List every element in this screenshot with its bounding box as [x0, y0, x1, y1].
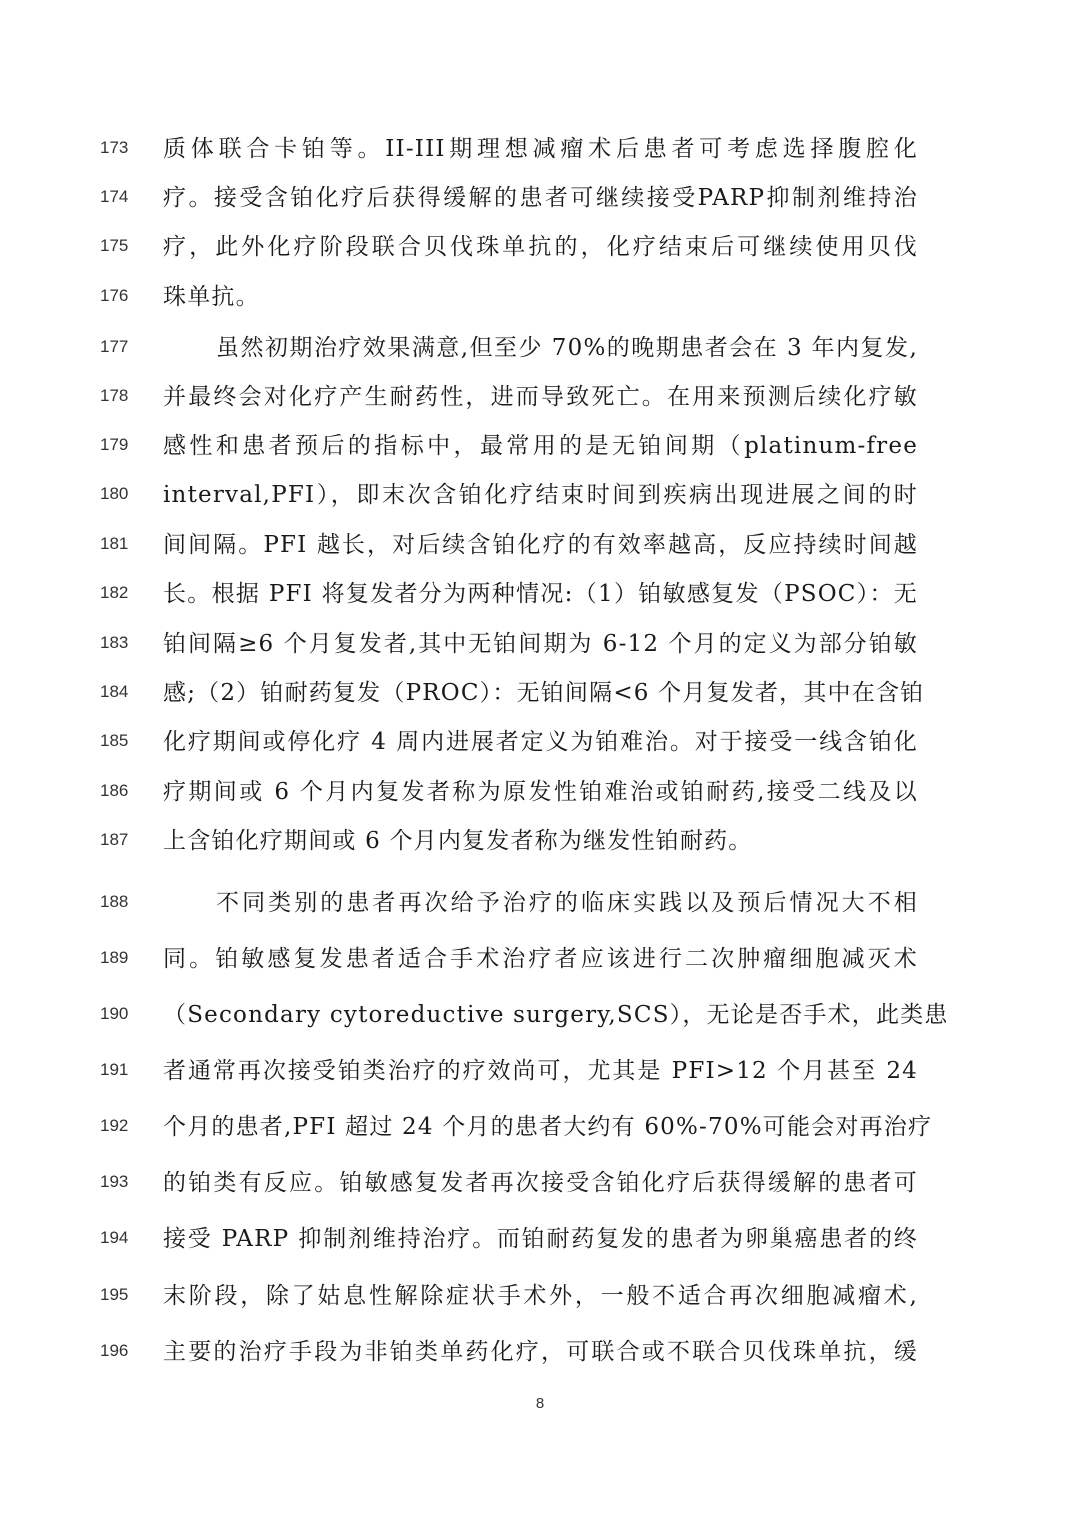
- line-number: 184: [100, 682, 140, 702]
- text-line: 187上含铂化疗期间或 6 个月内复发者称为继发性铂耐药。: [0, 820, 1080, 860]
- line-text: 间间隔。PFI 越长，对后续含铂化疗的有效率越高，反应持续时间越: [163, 526, 918, 559]
- text-line: 179感性和患者预后的指标中，最常用的是无铂间期（platinum-free: [0, 425, 1080, 465]
- text-line: 184感;（2）铂耐药复发（PROC）：无铂间隔<6 个月复发者，其中在含铂: [0, 672, 1080, 712]
- line-number: 187: [100, 830, 140, 850]
- line-text: 疗。接受含铂化疗后获得缓解的患者可继续接受PARP抑制剂维持治: [163, 179, 918, 212]
- line-text: 末阶段，除了姑息性解除症状手术外，一般不适合再次细胞减瘤术,: [163, 1277, 918, 1310]
- text-line: 177虽然初期治疗效果满意,但至少 70%的晚期患者会在 3 年内复发,: [0, 327, 1080, 367]
- line-number: 195: [100, 1285, 140, 1305]
- text-line: 190（Secondary cytoreductive surgery,SCS）…: [0, 994, 1080, 1034]
- text-line: 196主要的治疗手段为非铂类单药化疗，可联合或不联合贝伐珠单抗，缓: [0, 1331, 1080, 1371]
- line-number: 176: [100, 286, 140, 306]
- text-line: 180interval,PFI），即末次含铂化疗结束时间到疾病出现进展之间的时: [0, 474, 1080, 514]
- line-number: 190: [100, 1004, 140, 1024]
- line-number: 178: [100, 386, 140, 406]
- line-text: 不同类别的患者再次给予治疗的临床实践以及预后情况大不相: [216, 884, 918, 917]
- line-number: 177: [100, 337, 140, 357]
- line-number: 185: [100, 731, 140, 751]
- line-text: 感性和患者预后的指标中，最常用的是无铂间期（platinum-free: [163, 427, 918, 460]
- line-number: 182: [100, 583, 140, 603]
- line-text: 上含铂化疗期间或 6 个月内复发者称为继发性铂耐药。: [163, 822, 918, 855]
- line-text: 个月的患者,PFI 超过 24 个月的患者大约有 60%-70%可能会对再治疗: [163, 1108, 918, 1141]
- text-line: 194接受 PARP 抑制剂维持治疗。而铂耐药复发的患者为卵巢癌患者的终: [0, 1218, 1080, 1258]
- text-line: 176珠单抗。: [0, 276, 1080, 316]
- text-line: 186疗期间或 6 个月内复发者称为原发性铂难治或铂耐药,接受二线及以: [0, 771, 1080, 811]
- line-text: 并最终会对化疗产生耐药性，进而导致死亡。在用来预测后续化疗敏: [163, 378, 918, 411]
- line-number: 173: [100, 138, 140, 158]
- line-number: 194: [100, 1228, 140, 1248]
- line-text: 化疗期间或停化疗 4 周内进展者定义为铂难治。对于接受一线含铂化: [163, 723, 918, 756]
- line-number: 186: [100, 781, 140, 801]
- line-text: 铂间隔≥6 个月复发者,其中无铂间期为 6-12 个月的定义为部分铂敏: [163, 625, 918, 658]
- line-text: 的铂类有反应。铂敏感复发者再次接受含铂化疗后获得缓解的患者可: [163, 1164, 918, 1197]
- line-number: 183: [100, 633, 140, 653]
- line-number: 180: [100, 484, 140, 504]
- line-number: 189: [100, 948, 140, 968]
- line-text: 感;（2）铂耐药复发（PROC）：无铂间隔<6 个月复发者，其中在含铂: [163, 674, 918, 707]
- line-text: 同。铂敏感复发患者适合手术治疗者应该进行二次肿瘤细胞减灭术: [163, 940, 918, 973]
- text-line: 178并最终会对化疗产生耐药性，进而导致死亡。在用来预测后续化疗敏: [0, 376, 1080, 416]
- line-text: 主要的治疗手段为非铂类单药化疗，可联合或不联合贝伐珠单抗，缓: [163, 1333, 918, 1366]
- line-text: interval,PFI），即末次含铂化疗结束时间到疾病出现进展之间的时: [163, 476, 918, 509]
- line-text: 长。根据 PFI 将复发者分为两种情况:（1）铂敏感复发（PSOC）：无: [163, 575, 918, 608]
- text-line: 181间间隔。PFI 越长，对后续含铂化疗的有效率越高，反应持续时间越: [0, 524, 1080, 564]
- line-number: 179: [100, 435, 140, 455]
- text-line: 174疗。接受含铂化疗后获得缓解的患者可继续接受PARP抑制剂维持治: [0, 177, 1080, 217]
- line-number: 181: [100, 534, 140, 554]
- text-line: 183铂间隔≥6 个月复发者,其中无铂间期为 6-12 个月的定义为部分铂敏: [0, 623, 1080, 663]
- text-line: 192个月的患者,PFI 超过 24 个月的患者大约有 60%-70%可能会对再…: [0, 1106, 1080, 1146]
- line-number: 192: [100, 1116, 140, 1136]
- text-line: 189同。铂敏感复发患者适合手术治疗者应该进行二次肿瘤细胞减灭术: [0, 938, 1080, 978]
- line-text: 珠单抗。: [163, 278, 918, 311]
- line-text: 虽然初期治疗效果满意,但至少 70%的晚期患者会在 3 年内复发,: [216, 329, 918, 362]
- line-number: 196: [100, 1341, 140, 1361]
- line-text: 疗，此外化疗阶段联合贝伐珠单抗的，化疗结束后可继续使用贝伐: [163, 228, 918, 261]
- line-number: 191: [100, 1060, 140, 1080]
- line-number: 193: [100, 1172, 140, 1192]
- line-number: 174: [100, 187, 140, 207]
- text-line: 185化疗期间或停化疗 4 周内进展者定义为铂难治。对于接受一线含铂化: [0, 721, 1080, 761]
- text-line: 191者通常再次接受铂类治疗的疗效尚可，尤其是 PFI>12 个月甚至 24: [0, 1050, 1080, 1090]
- text-line: 193的铂类有反应。铂敏感复发者再次接受含铂化疗后获得缓解的患者可: [0, 1162, 1080, 1202]
- line-text: 疗期间或 6 个月内复发者称为原发性铂难治或铂耐药,接受二线及以: [163, 773, 918, 806]
- line-text: 质体联合卡铂等。II-III期理想减瘤术后患者可考虑选择腹腔化: [163, 130, 918, 163]
- page-number: 8: [530, 1395, 550, 1412]
- line-number: 188: [100, 892, 140, 912]
- line-text: （Secondary cytoreductive surgery,SCS），无论…: [163, 996, 918, 1029]
- text-line: 182长。根据 PFI 将复发者分为两种情况:（1）铂敏感复发（PSOC）：无: [0, 573, 1080, 613]
- line-text: 接受 PARP 抑制剂维持治疗。而铂耐药复发的患者为卵巢癌患者的终: [163, 1220, 918, 1253]
- document-page: 173质体联合卡铂等。II-III期理想减瘤术后患者可考虑选择腹腔化 174疗。…: [0, 0, 1080, 1527]
- text-line: 195末阶段，除了姑息性解除症状手术外，一般不适合再次细胞减瘤术,: [0, 1275, 1080, 1315]
- text-line: 173质体联合卡铂等。II-III期理想减瘤术后患者可考虑选择腹腔化: [0, 128, 1080, 168]
- line-text: 者通常再次接受铂类治疗的疗效尚可，尤其是 PFI>12 个月甚至 24: [163, 1052, 918, 1085]
- text-line: 188不同类别的患者再次给予治疗的临床实践以及预后情况大不相: [0, 882, 1080, 922]
- line-number: 175: [100, 236, 140, 256]
- text-line: 175疗，此外化疗阶段联合贝伐珠单抗的，化疗结束后可继续使用贝伐: [0, 226, 1080, 266]
